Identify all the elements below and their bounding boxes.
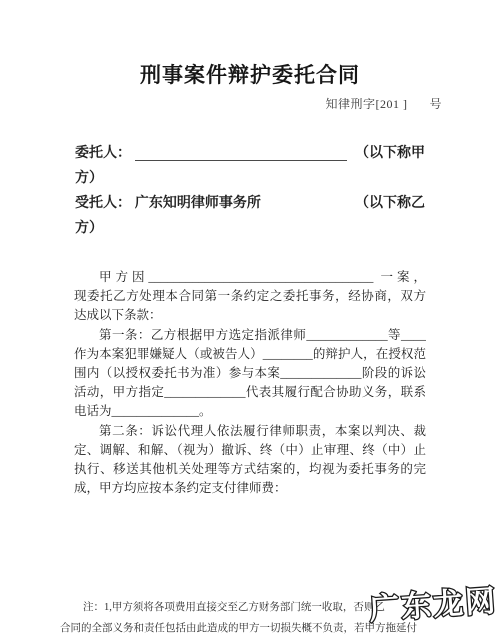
body-line: 活动，甲方指定_____________代表其履行配合协助义务，联系 <box>74 383 426 402</box>
parties-section: 委托人： （以下称甲 方） 受托人： 广东知明律师事务所 （以下称乙 方） <box>75 140 425 240</box>
page-title: 刑事案件辩护委托合同 <box>0 59 500 89</box>
attorney-label: 受托人： <box>75 194 131 210</box>
client-line-continuation: 方） <box>75 165 425 190</box>
body-line: 围内（以授权委托书为准）参与本案_____________阶段的诉讼 <box>74 364 426 383</box>
body-line-clause-1: 第一条：乙方根据甲方选定指派律师_____________等____人 <box>74 326 426 345</box>
doc-number-text: 知律刑字[201 ] <box>325 95 407 112</box>
body-line-phone-blank: 电话为______________。 <box>74 402 426 421</box>
body-line: 达成以下条款： <box>74 306 426 325</box>
body-line: 定、调解、和解、（视为）撤诉、终（中）止审理、终（中）止 <box>74 441 426 460</box>
attorney-line: 受托人： 广东知明律师事务所 （以下称乙 <box>75 190 425 215</box>
doc-number: 知律刑字[201 ] 号 <box>325 95 442 112</box>
body-line: 现委托乙方处理本合同第一条约定之委托事务，经协商，双方 <box>74 287 426 306</box>
watermark-logo: 广东龙网 <box>368 576 499 629</box>
attorney-alias-close: 方） <box>75 219 103 235</box>
attorney-left: 受托人： 广东知明律师事务所 <box>75 190 261 215</box>
body-line-clause-2: 第二条：诉讼代理人依法履行律师职责，本案以判决、裁 <box>74 422 426 441</box>
client-label: 委托人： <box>75 140 131 165</box>
client-alias-close: 方） <box>75 169 103 185</box>
attorney-line-continuation: 方） <box>75 215 425 240</box>
client-line: 委托人： （以下称甲 <box>75 140 425 165</box>
body-line-case-blank: 甲方因____________________________________ … <box>74 268 426 287</box>
body-line: 作为本案犯罪嫌疑人（或被告人）________的辩护人，在授权范 <box>74 345 426 364</box>
doc-number-suffix: 号 <box>429 95 442 112</box>
contract-page: 刑事案件辩护委托合同 知律刑字[201 ] 号 委托人： （以下称甲 方） 受托… <box>0 0 500 636</box>
attorney-alias-open: （以下称乙 <box>355 190 425 215</box>
client-alias-open: （以下称甲 <box>355 140 425 165</box>
client-name-blank <box>135 140 351 165</box>
contract-body: 甲方因____________________________________ … <box>74 268 426 498</box>
attorney-name: 广东知明律师事务所 <box>135 194 261 210</box>
body-line: 成，甲方均应按本条约定支付律师费： <box>74 479 426 498</box>
body-line: 执行、移送其他机关处理等方式结案的，均视为委托事务的完 <box>74 460 426 479</box>
